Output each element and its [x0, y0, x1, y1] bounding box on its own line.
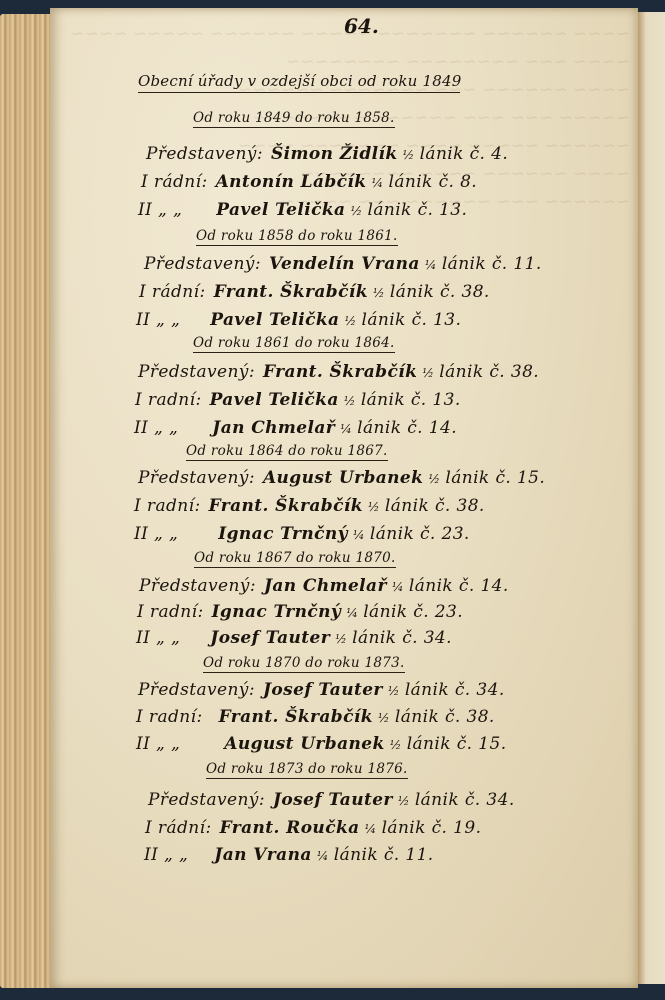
entry-row: I radní:Pavel Telička½lánik č. 13. [135, 390, 461, 410]
house-number: lánik č. 23. [363, 602, 463, 622]
house-number: lánik č. 11. [334, 845, 434, 865]
share: ½ [350, 204, 362, 218]
entry-row: I radní:Frant. Škrabčík½lánik č. 38. [136, 707, 495, 727]
person-name: Josef Tauter [263, 680, 383, 700]
role: II „ „ [136, 734, 180, 754]
person-name: Frant. Škrabčík [263, 362, 417, 382]
role: Představený: [138, 468, 255, 488]
share: ½ [335, 632, 347, 646]
house-number: lánik č. 34. [415, 790, 515, 810]
role: I radní: [135, 390, 202, 410]
house-number: lánik č. 34. [405, 680, 505, 700]
period-header: Od roku 1873 do roku 1876. [206, 761, 408, 779]
house-number: lánik č. 14. [409, 576, 509, 596]
house-number: lánik č. 38. [390, 282, 490, 302]
share: ¼ [371, 176, 383, 190]
period-header: Od roku 1864 do roku 1867. [186, 443, 388, 461]
role: I rádní: [145, 818, 212, 838]
person-name: Frant. Škrabčík [209, 496, 363, 516]
entry-row: II „ „Ignac Trnčný¼lánik č. 23. [134, 524, 470, 544]
role: I radní: [134, 496, 201, 516]
person-name: Pavel Telička [216, 200, 345, 220]
house-number: lánik č. 15. [445, 468, 545, 488]
entry-row: II „ „Pavel Telička½lánik č. 13. [136, 310, 461, 330]
role: II „ „ [136, 628, 180, 648]
role: Představený: [148, 790, 265, 810]
person-name: Ignac Trnčný [218, 524, 348, 544]
entry-row: I radní:Ignac Trnčný¼lánik č. 23. [137, 602, 463, 622]
role: I rádní: [139, 282, 206, 302]
share: ½ [422, 366, 434, 380]
person-name: Frant. Škrabčík [214, 282, 368, 302]
share: ½ [398, 794, 410, 808]
house-number: lánik č. 15. [407, 734, 507, 754]
entry-row: II „ „August Urbanek½lánik č. 15. [136, 734, 507, 754]
share: ¼ [365, 822, 377, 836]
house-number: lánik č. 13. [362, 310, 462, 330]
share: ½ [390, 738, 402, 752]
house-number: lánik č. 38. [439, 362, 539, 382]
role: Představený: [139, 576, 256, 596]
role: Představený: [146, 144, 263, 164]
role: Představený: [144, 254, 261, 274]
share: ½ [368, 500, 380, 514]
share: ½ [403, 148, 415, 162]
share: ½ [373, 286, 385, 300]
person-name: Šimon Židlík [271, 144, 398, 164]
person-name: Jan Chmelař [212, 418, 335, 438]
entry-row: II „ „Jan Chmelař¼lánik č. 14. [134, 418, 457, 438]
share: ¼ [425, 258, 437, 272]
entry-row: I rádní:Frant. Roučka¼lánik č. 19. [145, 818, 481, 838]
entry-row: Představený:Frant. Škrabčík½lánik č. 38. [138, 362, 539, 382]
house-number: lánik č. 19. [382, 818, 482, 838]
house-number: lánik č. 34. [352, 628, 452, 648]
house-number: lánik č. 13. [368, 200, 468, 220]
person-name: Jan Vrana [214, 845, 311, 865]
person-name: Vendelín Vrana [269, 254, 420, 274]
role: II „ „ [144, 845, 188, 865]
share: ½ [344, 314, 356, 328]
role: I radní: [136, 707, 203, 727]
house-number: lánik č. 8. [389, 172, 478, 192]
house-number: lánik č. 14. [357, 418, 457, 438]
entry-row: I rádní:Antonín Lábčík¼lánik č. 8. [141, 172, 477, 192]
house-number: lánik č. 38. [385, 496, 485, 516]
role: I radní: [137, 602, 204, 622]
page-title: Obecní úřady v ozdejší obci od roku 1849 [138, 72, 460, 93]
person-name: Pavel Telička [210, 390, 339, 410]
person-name: Antonín Lábčík [216, 172, 367, 192]
house-number: lánik č. 38. [395, 707, 495, 727]
house-number: lánik č. 23. [370, 524, 470, 544]
entry-row: Představený:August Urbanek½lánik č. 15. [138, 468, 545, 488]
person-name: Frant. Škrabčík [219, 707, 373, 727]
person-name: August Urbanek [224, 734, 384, 754]
person-name: Ignac Trnčný [212, 602, 342, 622]
role: Představený: [138, 362, 255, 382]
period-header: Od roku 1858 do roku 1861. [196, 228, 398, 246]
share: ¼ [340, 422, 352, 436]
entry-row: II „ „Josef Tauter½lánik č. 34. [136, 628, 452, 648]
person-name: Frant. Roučka [220, 818, 360, 838]
share: ¼ [392, 580, 404, 594]
period-header: Od roku 1867 do roku 1870. [194, 550, 396, 568]
entry-row: Představený:Jan Chmelař¼lánik č. 14. [139, 576, 509, 596]
share: ½ [388, 684, 400, 698]
entry-row: Představený:Vendelín Vrana¼lánik č. 11. [144, 254, 542, 274]
role: II „ „ [138, 200, 182, 220]
period-header: Od roku 1870 do roku 1873. [203, 655, 405, 673]
share: ¼ [346, 606, 358, 620]
entry-row: I rádní:Frant. Škrabčík½lánik č. 38. [139, 282, 490, 302]
house-number: lánik č. 13. [361, 390, 461, 410]
person-name: August Urbanek [263, 468, 423, 488]
role: II „ „ [134, 418, 178, 438]
role: I rádní: [141, 172, 208, 192]
role: II „ „ [134, 524, 178, 544]
period-header: Od roku 1861 do roku 1864. [193, 335, 395, 353]
share: ½ [344, 394, 356, 408]
page-number: 64. [344, 14, 379, 38]
entry-row: II „ „Jan Vrana¼lánik č. 11. [144, 845, 434, 865]
entry-row: Představený:Josef Tauter½lánik č. 34. [148, 790, 515, 810]
share: ¼ [353, 528, 365, 542]
house-number: lánik č. 4. [420, 144, 509, 164]
house-number: lánik č. 11. [442, 254, 542, 274]
role: II „ „ [136, 310, 180, 330]
entry-row: Představený:Šimon Židlík½lánik č. 4. [146, 144, 508, 164]
share: ¼ [317, 849, 329, 863]
entry-row: Představený:Josef Tauter½lánik č. 34. [138, 680, 505, 700]
entry-row: I radní:Frant. Škrabčík½lánik č. 38. [134, 496, 485, 516]
person-name: Josef Tauter [210, 628, 330, 648]
share: ½ [428, 472, 440, 486]
person-name: Pavel Telička [210, 310, 339, 330]
person-name: Josef Tauter [273, 790, 393, 810]
role: Představený: [138, 680, 255, 700]
person-name: Jan Chmelař [264, 576, 387, 596]
entry-row: II „ „Pavel Telička½lánik č. 13. [138, 200, 467, 220]
ledger-content: 64. Obecní úřady v ozdejší obci od roku … [0, 0, 665, 1000]
period-header: Od roku 1849 do roku 1858. [193, 110, 395, 128]
share: ½ [378, 711, 390, 725]
